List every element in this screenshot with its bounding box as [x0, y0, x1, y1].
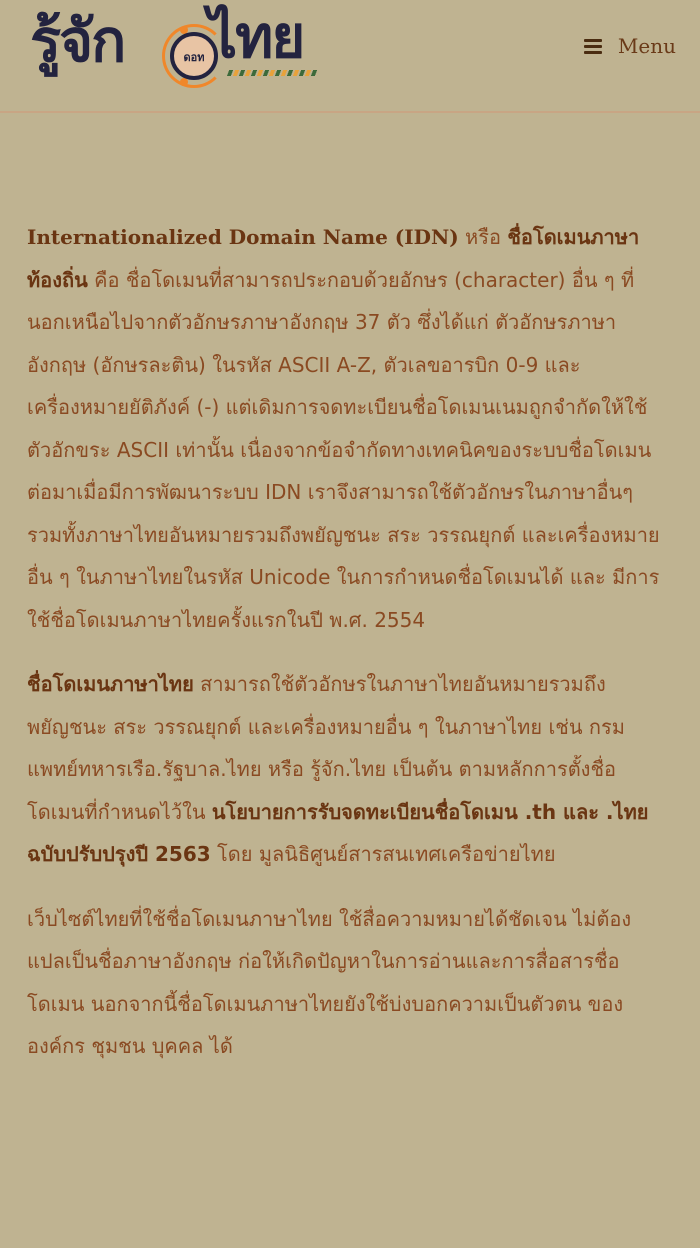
- paragraph-benefits: เว็บไซต์ไทยที่ใช้ชื่อโดเมนภาษาไทย ใช้สื่…: [27, 898, 667, 1068]
- text: โดย มูลนิธิศูนย์สารสนเทศเครือข่ายไทย: [211, 842, 556, 866]
- term-thai-domain: ชื่อโดเมนภาษาไทย: [27, 672, 194, 696]
- text: หรือ: [459, 225, 508, 249]
- hamburger-icon: [584, 39, 602, 54]
- logo-word-right: ไทย: [208, 8, 303, 66]
- text: คือ ชื่อโดเมนที่สามารถประกอบด้วยอักษร (c…: [27, 268, 660, 632]
- article-body: Internationalized Domain Name (IDN) หรือ…: [27, 216, 667, 1090]
- logo-word-left: รู้จัก: [30, 12, 124, 70]
- menu-button[interactable]: Menu: [584, 34, 676, 58]
- site-logo[interactable]: รู้จัก ดอท ไทย: [30, 6, 330, 96]
- paragraph-idn-definition: Internationalized Domain Name (IDN) หรือ…: [27, 216, 667, 641]
- paragraph-thai-domain: ชื่อโดเมนภาษาไทย สามารถใช้ตัวอักษรในภาษา…: [27, 663, 667, 876]
- site-header: รู้จัก ดอท ไทย Menu: [0, 0, 700, 113]
- term-idn: Internationalized Domain Name (IDN): [27, 225, 459, 249]
- logo-stripes-icon: [227, 70, 319, 76]
- logo-dot-icon: [180, 78, 188, 86]
- menu-label: Menu: [618, 34, 676, 58]
